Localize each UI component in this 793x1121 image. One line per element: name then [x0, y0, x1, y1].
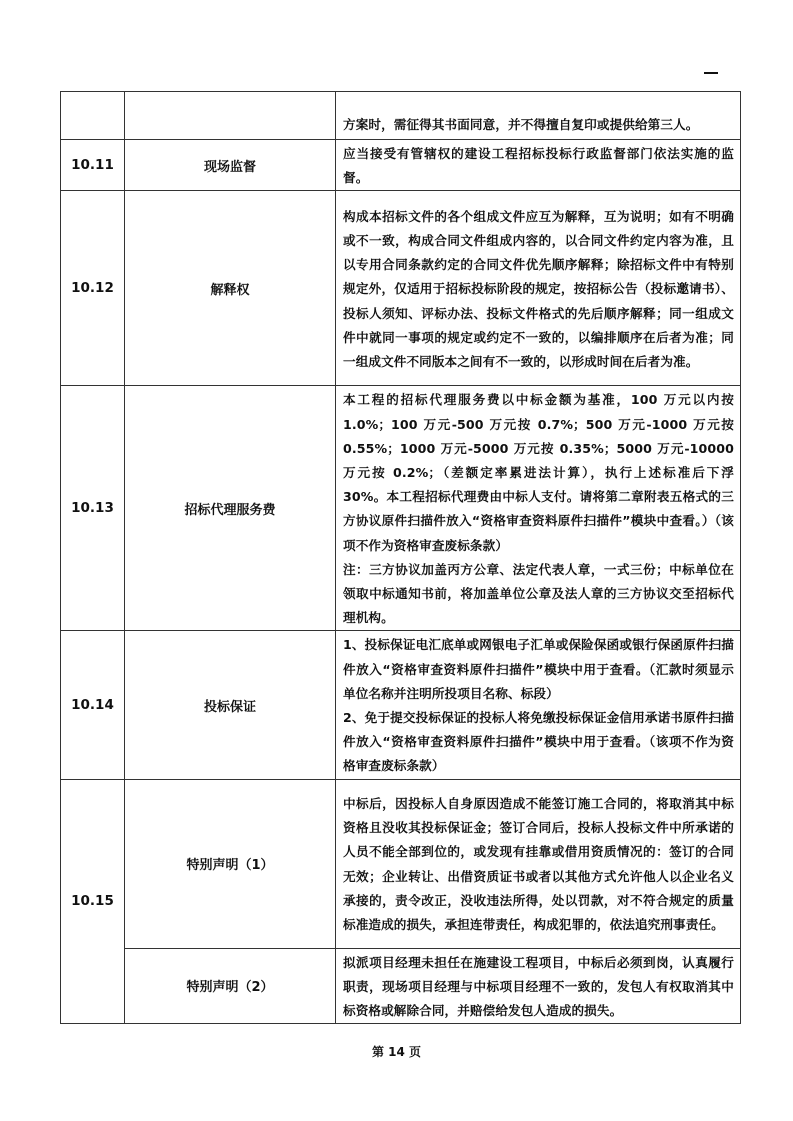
clause-paragraph: 构成本招标文件的各个组成文件应互为解释，互为说明；如有不明确或不一致，构成合同文… — [343, 205, 734, 374]
clause-content: 构成本招标文件的各个组成文件应互为解释，互为说明；如有不明确或不一致，构成合同文… — [336, 191, 741, 386]
page-number: 第 14 页 — [0, 1043, 793, 1060]
clause-number: 10.12 — [61, 191, 125, 386]
clause-note: 注：三方协议加盖丙方公章、法定代表人章，一式三份；中标单位在领取中标通知书前，将… — [343, 558, 734, 631]
clause-number: 10.14 — [61, 631, 125, 779]
clause-name: 解释权 — [125, 191, 336, 386]
clause-number: 10.15 — [61, 779, 125, 1024]
table-row-10-15-b: 特别声明（2） 拟派项目经理未担任在施建设工程项目，中标后必须到岗，认真履行职责… — [61, 948, 741, 1024]
clause-content: 中标后，因投标人自身原因造成不能签订施工合同的，将取消其中标资格且没收其投标保证… — [336, 779, 741, 948]
clause-content: 拟派项目经理未担任在施建设工程项目，中标后必须到岗，认真履行职责，现场项目经理与… — [336, 948, 741, 1024]
table-row-10-13: 10.13 招标代理服务费 本工程的招标代理服务费以中标金额为基准，100 万元… — [61, 386, 741, 631]
header-dash-mark — [704, 72, 718, 74]
clause-name: 现场监督 — [125, 140, 336, 191]
clause-paragraph: 中标后，因投标人自身原因造成不能签订施工合同的，将取消其中标资格且没收其投标保证… — [343, 792, 734, 937]
clause-content: 应当接受有管辖权的建设工程招标投标行政监督部门依法实施的监督。 — [336, 140, 741, 191]
table-row-continuation: 方案时，需征得其书面同意，并不得擅自复印或提供给第三人。 — [61, 92, 741, 140]
clause-number: 10.11 — [61, 140, 125, 191]
clause-number: 10.13 — [61, 386, 125, 631]
clause-name: 投标保证 — [125, 631, 336, 779]
clause-paragraph: 1、投标保证电汇底单或网银电子汇单或保险保函或银行保函原件扫描件放入“资格审查资… — [343, 633, 734, 706]
clause-paragraph: 本工程的招标代理服务费以中标金额为基准，100 万元以内按 1.0%；100 万… — [343, 388, 734, 557]
clause-paragraph: 应当接受有管辖权的建设工程招标投标行政监督部门依法实施的监督。 — [343, 142, 734, 190]
clause-content: 1、投标保证电汇底单或网银电子汇单或保险保函或银行保函原件扫描件放入“资格审查资… — [336, 631, 741, 779]
clause-name — [125, 92, 336, 140]
clause-name: 招标代理服务费 — [125, 386, 336, 631]
table-row-10-15-a: 10.15 特别声明（1） 中标后，因投标人自身原因造成不能签订施工合同的，将取… — [61, 779, 741, 948]
clause-content: 本工程的招标代理服务费以中标金额为基准，100 万元以内按 1.0%；100 万… — [336, 386, 741, 631]
table-row-10-14: 10.14 投标保证 1、投标保证电汇底单或网银电子汇单或保险保函或银行保函原件… — [61, 631, 741, 779]
table-row-10-11: 10.11 现场监督 应当接受有管辖权的建设工程招标投标行政监督部门依法实施的监… — [61, 140, 741, 191]
clause-number — [61, 92, 125, 140]
clause-name: 特别声明（1） — [125, 779, 336, 948]
clause-paragraph: 拟派项目经理未担任在施建设工程项目，中标后必须到岗，认真履行职责，现场项目经理与… — [343, 951, 734, 1024]
terms-table: 方案时，需征得其书面同意，并不得擅自复印或提供给第三人。 10.11 现场监督 … — [60, 91, 741, 1024]
clause-paragraph: 方案时，需征得其书面同意，并不得擅自复印或提供给第三人。 — [343, 113, 734, 137]
clause-name: 特别声明（2） — [125, 948, 336, 1024]
clause-paragraph: 2、免于提交投标保证的投标人将免缴投标保证金信用承诺书原件扫描件放入“资格审查资… — [343, 706, 734, 779]
table-row-10-12: 10.12 解释权 构成本招标文件的各个组成文件应互为解释，互为说明；如有不明确… — [61, 191, 741, 386]
clause-content: 方案时，需征得其书面同意，并不得擅自复印或提供给第三人。 — [336, 92, 741, 140]
